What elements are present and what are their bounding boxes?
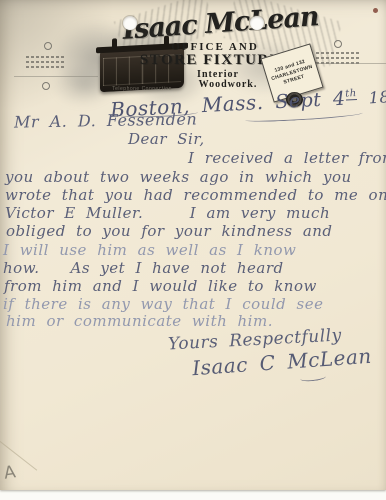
dateline-year: 1892: [368, 86, 386, 107]
letter-line: wrote that you had recommended to me one: [5, 186, 386, 204]
ink-stain: [373, 8, 378, 13]
salutation-line: Dear Sir,: [128, 130, 205, 148]
letter-paper: Telephone Connection Isaac McLean OFFICE…: [0, 0, 386, 490]
dateline-month-day: Sept 4: [275, 88, 346, 114]
dateline-ordinal: th: [345, 88, 357, 101]
punch-hole: [250, 16, 264, 30]
letter-line: how. As yet I have not heard: [3, 259, 284, 277]
recipient-line: Mr A. D. Fessenden: [14, 109, 197, 131]
letter-line: I received a letter from: [188, 149, 386, 167]
ornament-ring: [334, 40, 342, 48]
pencil-mark: A: [3, 462, 17, 483]
letter-line: obliged to you for your kindness and: [6, 222, 333, 240]
letter-line: Victor E Muller. I am very much: [5, 204, 330, 222]
letter-line: from him and I would like to know: [4, 277, 317, 295]
illustration-caption: Telephone Connection: [92, 86, 192, 92]
letter-line: if there is any way that I could see: [3, 295, 323, 313]
ornament-ring: [42, 82, 50, 90]
punch-hole: [123, 16, 137, 30]
letterhead-woodwork-line: Woodwork.: [178, 79, 278, 90]
rule-line-left: [14, 76, 98, 77]
border-ornament-left: [26, 56, 66, 68]
letter-line: him or communicate with him.: [6, 312, 273, 330]
letter-line: I will use him as well as I know: [3, 241, 296, 259]
scanned-letter: Telephone Connection Isaac McLean OFFICE…: [0, 0, 386, 500]
signature-flourish: [300, 373, 327, 383]
letter-line: you about two weeks ago in which you: [5, 168, 352, 186]
ornament-ring: [44, 42, 52, 50]
